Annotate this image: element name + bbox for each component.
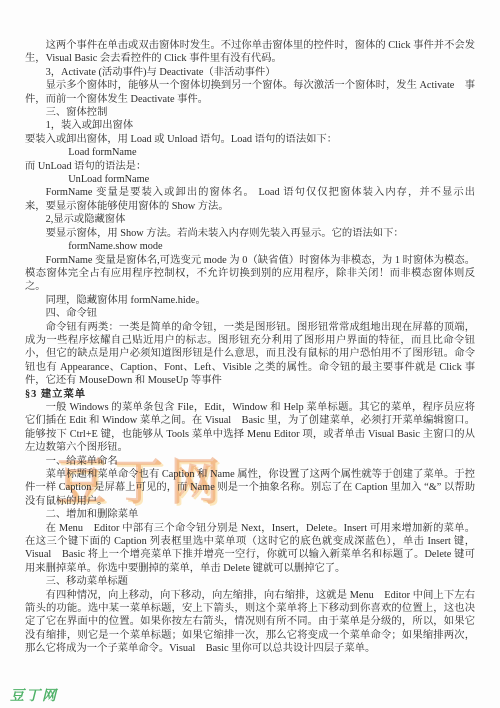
document-page: 豆丁网 豆丁网 这两个事件在单击或双击窗体时发生。不过你单击窗体里的控件时，窗体… (0, 0, 500, 708)
code-line: Load formName (25, 146, 475, 159)
paragraph: 菜单标题和菜单命令也有 Caption 和 Name 属性，你设置了这两个属性就… (25, 468, 475, 508)
paragraph: 三、移动菜单标题 (25, 575, 475, 588)
paragraph: 有四种情况，向上移动，向下移动，向左缩排，向右缩排，这就是 Menu Edito… (25, 589, 475, 656)
paragraph: 三、窗体控制 (25, 106, 475, 119)
paragraph: 而 UnLoad 语句的语法是： (25, 160, 475, 173)
code-line: formName.show mode (25, 240, 475, 253)
paragraph: 显示多个窗体时，能够从一个窗体切换到另一个窗体。每次激活一个窗体时，发生 Act… (25, 79, 475, 106)
paragraph: 要显示窗体，用 Show 方法。若尚未装入内存则先装入再显示。它的语法如下： (25, 227, 475, 240)
document-body: 这两个事件在单击或双击窗体时发生。不过你单击窗体里的控件时，窗体的 Click … (25, 39, 475, 656)
paragraph: FormName 变量是要装入或卸出的窗体名。 Load 语句仅仅把窗体装入内存… (25, 186, 475, 213)
code-line: UnLoad formName (25, 173, 475, 186)
paragraph: 3，Activate (活动事件)与 Deactivate（非活动事件） (25, 66, 475, 79)
paragraph: 四、命令钮 (25, 307, 475, 320)
paragraph: 一、给菜单命名 (25, 455, 475, 468)
paragraph: 要装入或卸出窗体，用 Load 或 Unload 语句。Load 语句的语法如下… (25, 133, 475, 146)
paragraph: 同理，隐藏窗体用 formName.hide。 (25, 294, 475, 307)
paragraph: FormName 变量是窗体名,可选变元 mode 为 0（缺省值）时窗体为非模… (25, 254, 475, 294)
paragraph: 二、增加和删除菜单 (25, 508, 475, 521)
section-heading: §3 建立菜单 (25, 388, 475, 401)
paragraph: 在 Menu Editor 中部有三个命令钮分别是 Next，Insert，De… (25, 522, 475, 576)
paragraph: 这两个事件在单击或双击窗体时发生。不过你单击窗体里的控件时，窗体的 Click … (25, 39, 475, 66)
paragraph: 1，装入或卸出窗体 (25, 119, 475, 132)
watermark-docin-bottom: 豆丁网 (10, 685, 58, 705)
paragraph: 一般 Windows 的菜单条包含 File，Edit，Window 和 Hel… (25, 401, 475, 455)
paragraph: 2,显示或隐藏窗体 (25, 213, 475, 226)
paragraph: 命令钮有两类：一类是简单的命令钮，一类是图形钮。图形钮常常成组地出现在屏幕的顶端… (25, 321, 475, 388)
